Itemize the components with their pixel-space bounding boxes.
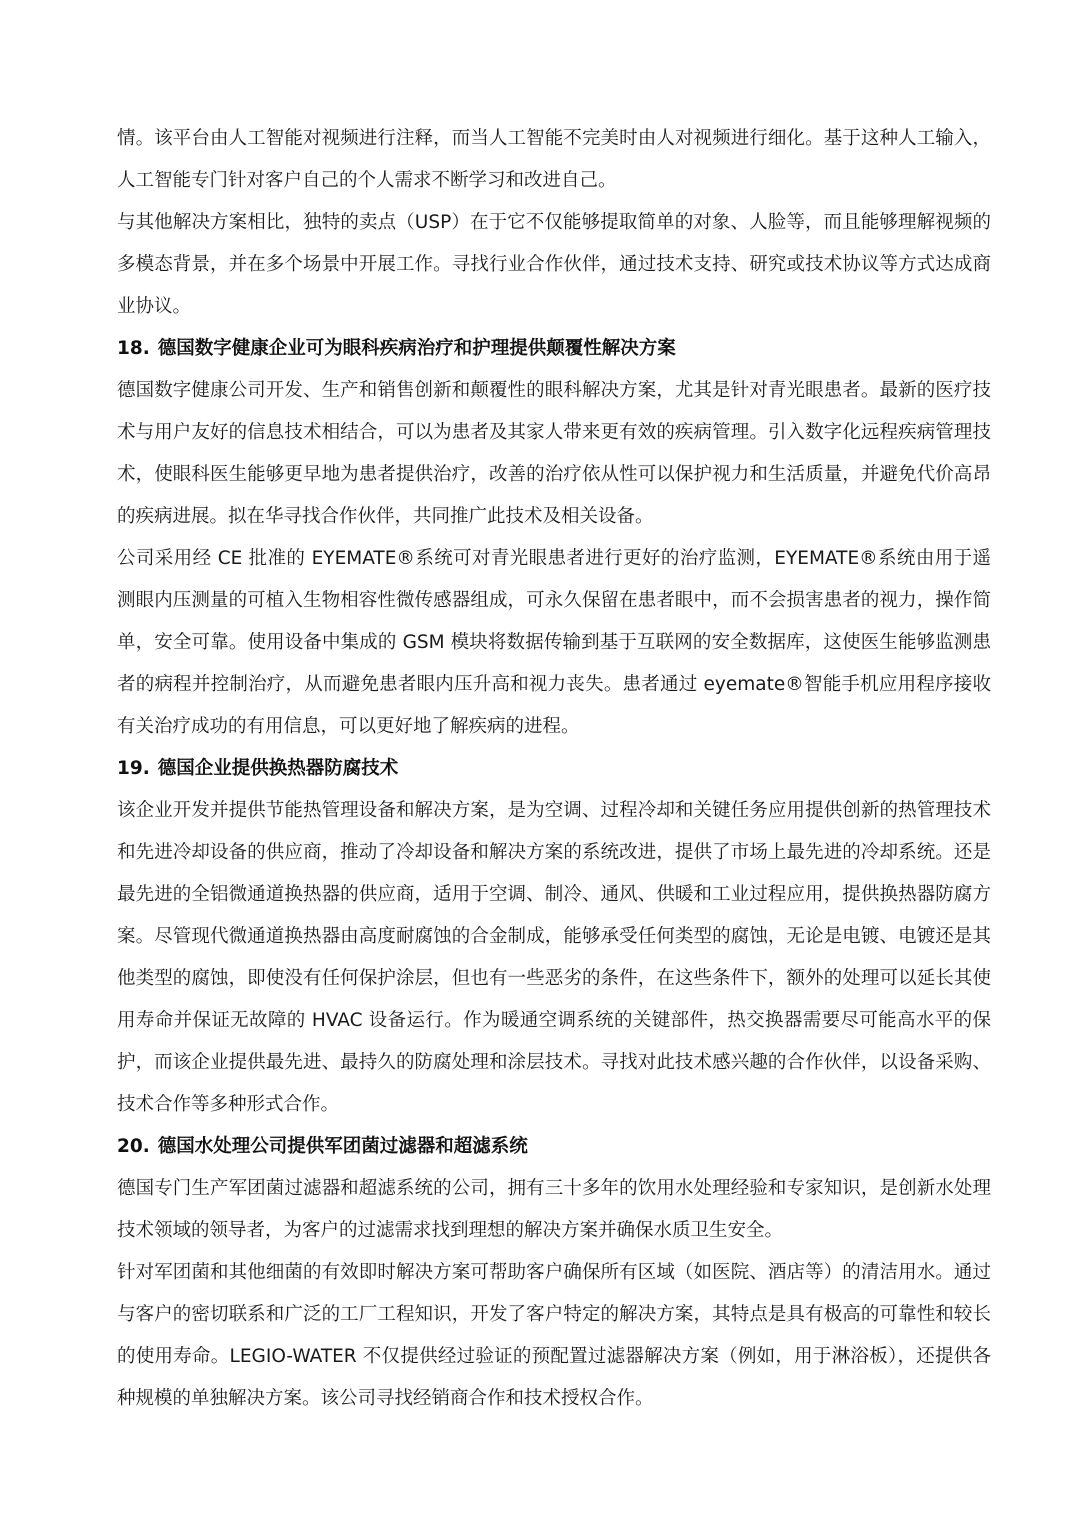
section-20-paragraph-2: 针对军团菌和其他细菌的有效即时解决方案可帮助客户确保所有区域（如医院、酒店等）的… <box>117 1252 991 1420</box>
section-19-number: 19. <box>117 758 150 779</box>
section-20-title: 德国水处理公司提供军团菌过滤器和超滤系统 <box>158 1136 528 1157</box>
section-19-heading: 19.德国企业提供换热器防腐技术 <box>117 748 991 790</box>
section-20-paragraph-1: 德国专门生产军团菌过滤器和超滤系统的公司，拥有三十多年的饮用水处理经验和专家知识… <box>117 1168 991 1252</box>
section-19-title: 德国企业提供换热器防腐技术 <box>158 758 399 779</box>
intro-paragraph-1: 情。该平台由人工智能对视频进行注释，而当人工智能不完美时由人对视频进行细化。基于… <box>117 118 991 202</box>
section-18-number: 18. <box>117 338 150 359</box>
section-18-title: 德国数字健康企业可为眼科疾病治疗和护理提供颠覆性解决方案 <box>158 338 676 359</box>
document-page: 情。该平台由人工智能对视频进行注释，而当人工智能不完美时由人对视频进行细化。基于… <box>117 118 991 1420</box>
intro-paragraph-2: 与其他解决方案相比，独特的卖点（USP）在于它不仅能够提取简单的对象、人脸等，而… <box>117 202 991 328</box>
section-19-paragraph-1: 该企业开发并提供节能热管理设备和解决方案，是为空调、过程冷却和关键任务应用提供创… <box>117 790 991 1126</box>
section-18-paragraph-2: 公司采用经 CE 批准的 EYEMATE®系统可对青光眼患者进行更好的治疗监测，… <box>117 538 991 748</box>
section-18-heading: 18.德国数字健康企业可为眼科疾病治疗和护理提供颠覆性解决方案 <box>117 328 991 370</box>
section-18-paragraph-1: 德国数字健康公司开发、生产和销售创新和颠覆性的眼科解决方案，尤其是针对青光眼患者… <box>117 370 991 538</box>
section-20-number: 20. <box>117 1136 150 1157</box>
section-20-heading: 20.德国水处理公司提供军团菌过滤器和超滤系统 <box>117 1126 991 1168</box>
